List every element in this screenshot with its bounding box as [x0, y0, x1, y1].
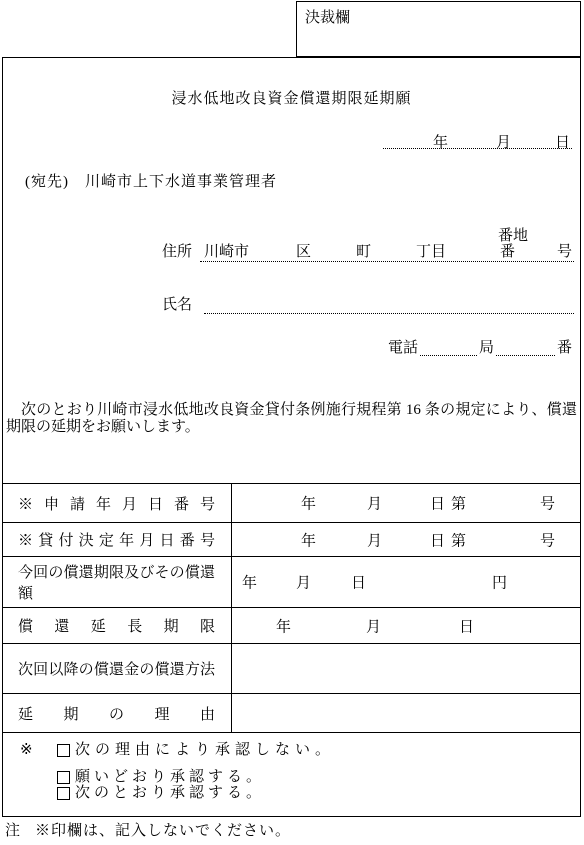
row-value-cell[interactable]: 年 月 日	[232, 608, 581, 643]
table-row-current-repayment: 今回の償還期限及びその償還額 年 月 日 円	[2, 556, 581, 607]
phone-fill-line-2[interactable]	[496, 340, 555, 356]
checkbox-approve-as-follows-icon[interactable]	[57, 787, 70, 800]
option-approve-as-requested-label: 願いどおり承認する。	[75, 769, 265, 785]
row-value-cell[interactable]: 年 月 日 第 号	[232, 484, 581, 522]
month-label: 月	[367, 493, 382, 514]
row-label-cell: 償還延長期限	[2, 608, 232, 643]
name-fill-line[interactable]	[204, 297, 574, 314]
row-label-cell: ※申請年月日番号	[2, 484, 232, 522]
day-label: 日	[351, 572, 366, 593]
phone-label: 電話	[388, 340, 418, 356]
row-value-cell[interactable]: 年 月 日 円	[232, 557, 581, 607]
number-prefix-label: 第	[451, 493, 466, 514]
number-prefix-label: 第	[451, 529, 466, 550]
row-label: 延期の理由	[2, 703, 231, 724]
month-label: 月	[366, 615, 381, 636]
month-label: 月	[296, 572, 311, 593]
row-value-cell[interactable]: 年 月 日 第 号	[232, 523, 581, 556]
detail-table: ※申請年月日番号 年 月 日 第 号 ※貸付決定年月日番号 年 月 日 第 号	[2, 483, 581, 733]
row-label-cell: 延期の理由	[2, 694, 232, 732]
day-label: 日	[430, 529, 445, 550]
name-label: 氏名	[162, 297, 192, 313]
approval-stamp-label: 決裁欄	[305, 10, 350, 26]
row-label-cell: ※貸付決定年月日番号	[2, 523, 232, 556]
note-text: ※印欄は、記入しないでください。	[35, 823, 291, 839]
year-label: 年	[301, 493, 316, 514]
note-prefix: 注	[5, 823, 20, 839]
address-banchi-label: 番地	[498, 228, 528, 244]
extension-reason-field[interactable]	[232, 694, 581, 732]
date-day-label: 日	[555, 131, 570, 152]
table-row-extension-deadline: 償還延長期限 年 月 日	[2, 607, 581, 643]
table-row-extension-reason: 延期の理由	[2, 693, 581, 732]
date-year-label: 年	[433, 131, 448, 152]
phone-fill-line-1[interactable]	[420, 340, 477, 356]
yen-label: 円	[492, 572, 507, 593]
address-fill-line[interactable]	[200, 245, 574, 262]
month-label: 月	[367, 529, 382, 550]
checkbox-not-approve-icon[interactable]	[57, 744, 70, 757]
repayment-method-field[interactable]	[232, 644, 581, 693]
application-form-page: 決裁欄 浸水低地改良資金償還期限延期願 年 月 日 (宛先) 川崎市上下水道事業…	[0, 0, 584, 845]
checkbox-approve-as-requested-icon[interactable]	[57, 771, 70, 784]
year-label: 年	[242, 572, 257, 593]
date-fill-line[interactable]: 年 月 日	[383, 130, 572, 149]
approval-stamp-box: 決裁欄	[296, 1, 581, 57]
number-suffix-label: 号	[540, 493, 555, 514]
form-title: 浸水低地改良資金償還期限延期願	[2, 91, 581, 107]
address-label: 住所	[162, 244, 192, 260]
row-label: ※貸付決定年月日番号	[2, 529, 231, 550]
day-label: 日	[459, 615, 474, 636]
table-row-application-date: ※申請年月日番号 年 月 日 第 号	[2, 483, 581, 522]
row-label: 償還延長期限	[2, 615, 231, 636]
option-approve-as-follows-label: 次のとおり承認する。	[75, 785, 265, 801]
number-suffix-label: 号	[540, 529, 555, 550]
table-row-loan-decision-date: ※貸付決定年月日番号 年 月 日 第 号	[2, 522, 581, 556]
row-label: 次回以降の償還金の償還方法	[2, 658, 231, 679]
row-label-cell: 次回以降の償還金の償還方法	[2, 644, 232, 693]
date-month-label: 月	[496, 131, 511, 152]
option-not-approve-label: 次の理由により承認しない。	[75, 742, 335, 758]
day-label: 日	[430, 493, 445, 514]
body-paragraph: 次のとおり川崎市浸水低地改良資金貸付条例施行規程第 16 条の規定により、償還期…	[6, 402, 577, 436]
year-label: 年	[276, 615, 291, 636]
approval-asterisk: ※	[20, 742, 33, 758]
row-label: ※申請年月日番号	[2, 493, 231, 514]
row-label: 今回の償還期限及びその償還額	[2, 561, 231, 603]
table-row-repayment-method: 次回以降の償還金の償還方法	[2, 643, 581, 693]
addressee-line: (宛先) 川崎市上下水道事業管理者	[25, 174, 277, 190]
phone-kyoku-label: 局	[479, 340, 494, 356]
row-label-cell: 今回の償還期限及びその償還額	[2, 557, 232, 607]
phone-ban-label: 番	[557, 340, 572, 356]
year-label: 年	[301, 529, 316, 550]
